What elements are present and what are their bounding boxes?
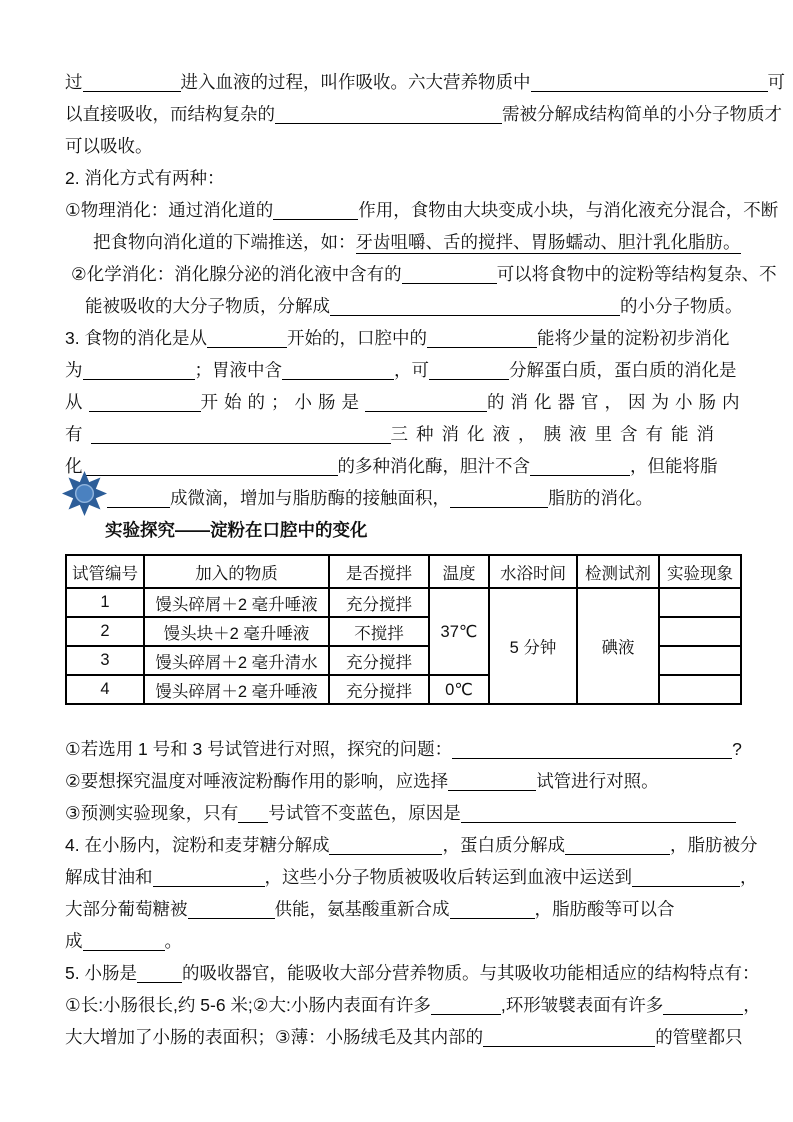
column-header: 检测试剂 [577,555,659,588]
document-body: 过进入血液的过程，叫作吸收。六大营养物质中可以直接吸收，而结构复杂的需被分解成结… [65,66,743,1053]
text-run: ①若选用 1 号和 3 号试管进行对照，探究的问题： [65,739,452,759]
table-cell: 1 [66,588,144,617]
table-cell: 馒头块＋2 毫升唾液 [144,617,329,646]
fill-in-blank [452,738,732,759]
line-q3-5: 化的多种消化酶，胆汁不含，但能将脂 [65,450,743,482]
table-cell [659,646,741,675]
fill-in-blank [83,930,165,951]
fill-in-blank [450,487,548,508]
line-absorption-2: 以直接吸收，而结构复杂的需被分解成结构简单的小分子物质才 [65,98,743,130]
line-q5-3: 大大增加了小肠的表面积；③薄：小肠绒毛及其内部的的管壁都只 [65,1021,743,1053]
table-cell [659,617,741,646]
text-run: ③预测实验现象，只有 [65,803,238,823]
fill-in-blank [238,802,268,823]
line-absorption-3: 可以吸收。 [65,130,743,162]
line-q5-2: ①长:小肠很长,约 5-6 米;②大:小肠内表面有许多,环形皱襞表面有许多， [65,989,743,1021]
line-q5-1: 5. 小肠是的吸收器官，能吸收大部分营养物质。与其吸收功能相适应的结构特点有： [65,957,743,989]
table-cell: 3 [66,646,144,675]
table-row: 1馒头碎屑＋2 毫升唾液充分搅拌37℃5 分钟碘液 [66,588,741,617]
table-cell: 充分搅拌 [329,646,429,675]
text-run: 开始的，口腔中的 [287,328,427,348]
text-run: ②要想探究温度对唾液淀粉酶作用的影响，应选择 [65,771,448,791]
fill-in-blank [153,866,265,887]
fill-in-blank [282,359,394,380]
fill-in-blank [91,423,391,444]
fill-in-blank [461,802,736,823]
line-absorption-1: 过进入血液的过程，叫作吸收。六大营养物质中可 [65,66,743,98]
table-cell [659,588,741,617]
text-run: 的管壁都只 [655,1027,743,1047]
fill-in-blank [83,359,195,380]
text-run: 大大增加了小肠的表面积；③薄：小肠绒毛及其内部的 [65,1027,483,1047]
table-cell: 充分搅拌 [329,675,429,704]
fill-in-blank [427,327,537,348]
text-run: ，这些小分子物质被吸收后转运到血液中运送到 [265,867,633,887]
text-run: 为 [65,360,83,380]
fill-in-blank [330,295,620,316]
text-run: 解成甘油和 [65,867,153,887]
fill-in-blank [565,834,670,855]
table-cell: 馒头碎屑＋2 毫升唾液 [144,675,329,704]
text-run: 脂肪的消化。 [548,488,653,508]
text-run: ①长:小肠很长,约 5-6 米;②大:小肠内表面有许多 [65,995,431,1015]
line-chemical-digestion-1: ②化学消化：消化腺分泌的消化液中含有的可以将食物中的淀粉等结构复杂、不 [65,258,743,290]
fill-in-blank [137,962,182,983]
column-header: 水浴时间 [489,555,577,588]
text-run: 号试管不变蓝色，原因是 [268,803,461,823]
fill-in-blank [431,994,501,1015]
table-cell: 4 [66,675,144,704]
text-run: 试管进行对照。 [536,771,659,791]
line-q4-1: 4. 在小肠内，淀粉和麦芽糖分解成，蛋白质分解成，脂肪被分 [65,829,743,861]
text-run: 3. 食物的消化是从 [65,328,207,348]
text-run: 成微滴，增加与脂肪酶的接触面积， [170,488,450,508]
text-run: ，但能将脂 [630,456,718,476]
table-cell: 0℃ [429,675,489,704]
text-run: 的小分子物质。 [620,296,743,316]
line-physical-digestion-2: 把食物向消化道的下端推送，如：牙齿咀嚼、舌的搅拌、胃肠蠕动、胆汁乳化脂肪。 [65,226,743,258]
line-exp-q3: ③预测实验现象，只有号试管不变蓝色，原因是 [65,797,743,829]
line-q3-4: 有三种消化液，胰液里含有能消 [65,418,743,450]
text-run: 从 [65,392,89,412]
line-q3-2: 为；胃液中含，可分解蛋白质，蛋白质的消化是 [65,354,743,386]
text-run: 。 [165,931,183,951]
line-q3-1: 3. 食物的消化是从开始的，口腔中的能将少量的淀粉初步消化 [65,322,743,354]
text-run: 实验探究——淀粉在口腔中的变化 [105,520,368,540]
text-run: 的消化器官，因为小肠内 [487,392,746,412]
fill-in-blank [429,359,509,380]
line-physical-digestion-1: ①物理消化：通过消化道的作用，食物由大块变成小块，与消化液充分混合，不断 [65,194,743,226]
fill-in-blank [530,455,630,476]
line-digestion-types-heading: 2. 消化方式有两种： [65,162,743,194]
line-chemical-digestion-2: 能被吸收的大分子物质，分解成的小分子物质。 [65,290,743,322]
text-run: 4. 在小肠内，淀粉和麦芽糖分解成 [65,835,329,855]
line-experiment-caption: 实验探究——淀粉在口腔中的变化 [65,514,743,546]
text-run: 大部分葡萄糖被 [65,899,188,919]
line-q4-3: 大部分葡萄糖被供能，氨基酸重新合成，脂肪酸等可以合 [65,893,743,925]
table-cell: 碘液 [577,588,659,704]
text-run: 把食物向消化道的下端推送，如： [93,232,356,252]
experiment-table: 试管编号加入的物质是否搅拌温度水浴时间检测试剂实验现象1馒头碎屑＋2 毫升唾液充… [65,554,742,705]
text-run: 三种消化液，胰液里含有能消 [391,424,723,444]
fill-in-blank [83,71,181,92]
text-run: 以直接吸收，而结构复杂的 [65,104,275,124]
text-run: ，脂肪酸等可以合 [535,899,675,919]
text-run: 进入血液的过程，叫作吸收。六大营养物质中 [181,72,531,92]
text-run: ， [743,995,761,1015]
fill-in-blank [531,71,768,92]
underlined-text: 牙齿咀嚼、舌的搅拌、胃肠蠕动、胆汁乳化脂肪。 [356,232,741,254]
table-cell: 馒头碎屑＋2 毫升唾液 [144,588,329,617]
text-run: 成 [65,931,83,951]
fill-in-blank [207,327,287,348]
line-exp-q2: ②要想探究温度对唾液淀粉酶作用的影响，应选择试管进行对照。 [65,765,743,797]
text-run: 开始的；小肠是 [201,392,366,412]
fill-in-blank [448,770,536,791]
column-header: 温度 [429,555,489,588]
fill-in-blank [188,898,275,919]
table-cell: 2 [66,617,144,646]
text-run: 能被吸收的大分子物质，分解成 [85,296,330,316]
text-run: ，蛋白质分解成 [442,835,565,855]
fill-in-blank [483,1026,655,1047]
fill-in-blank [89,391,201,412]
fill-in-blank [402,263,497,284]
text-run: ，可 [394,360,429,380]
text-run: ；胃液中含 [195,360,283,380]
line-exp-q1: ①若选用 1 号和 3 号试管进行对照，探究的问题：? [65,733,743,765]
text-run: 可以吸收。 [65,136,153,156]
line-q3-3: 从开始的；小肠是的消化器官，因为小肠内 [65,386,743,418]
table-cell: 37℃ [429,588,489,675]
table-cell: 馒头碎屑＋2 毫升清水 [144,646,329,675]
fill-in-blank [107,487,170,508]
fill-in-blank [275,103,502,124]
table-cell [659,675,741,704]
column-header: 是否搅拌 [329,555,429,588]
line-q4-4: 成。 [65,925,743,957]
text-run: 能将少量的淀粉初步消化 [537,328,730,348]
fill-in-blank [273,199,358,220]
line-q4-2: 解成甘油和，这些小分子物质被吸收后转运到血液中运送到， [65,861,743,893]
text-run: 需被分解成结构简单的小分子物质才 [502,104,782,124]
text-run: 2. 消化方式有两种： [65,168,224,188]
text-run: 作用，食物由大块变成小块，与消化液充分混合，不断 [358,200,778,220]
table-header-row: 试管编号加入的物质是否搅拌温度水浴时间检测试剂实验现象 [66,555,741,588]
text-run: 的吸收器官，能吸收大部分营养物质。与其吸收功能相适应的结构特点有： [182,963,760,983]
text-run: ，脂肪被分 [670,835,758,855]
table-cell: 不搅拌 [329,617,429,646]
text-run: ,环形皱襞表面有许多 [501,995,663,1015]
text-run: 供能，氨基酸重新合成 [275,899,450,919]
text-run: 分解蛋白质，蛋白质的消化是 [509,360,737,380]
fill-in-blank [663,994,743,1015]
text-run: 的多种消化酶，胆汁不含 [338,456,531,476]
star-burst-icon [65,494,107,504]
fill-in-blank [329,834,442,855]
table-cell: 充分搅拌 [329,588,429,617]
table-cell: 5 分钟 [489,588,577,704]
text-run: 5. 小肠是 [65,963,137,983]
text-run: ? [732,739,742,759]
text-run: ， [740,867,758,887]
fill-in-blank [450,898,535,919]
fill-in-blank [83,455,338,476]
text-run: 有 [65,424,91,444]
column-header: 实验现象 [659,555,741,588]
text-run: 过 [65,72,83,92]
column-header: 试管编号 [66,555,144,588]
column-header: 加入的物质 [144,555,329,588]
text-run: ②化学消化：消化腺分泌的消化液中含有的 [71,264,402,284]
text-run: 可以将食物中的淀粉等结构复杂、不 [497,264,777,284]
text-run: 可 [768,72,786,92]
fill-in-blank [365,391,487,412]
worksheet-page: 过进入血液的过程，叫作吸收。六大营养物质中可以直接吸收，而结构复杂的需被分解成结… [0,0,793,1122]
line-q3-6: 成微滴，增加与脂肪酶的接触面积，脂肪的消化。 [65,482,743,514]
text-run: ①物理消化：通过消化道的 [65,200,273,220]
fill-in-blank [632,866,740,887]
